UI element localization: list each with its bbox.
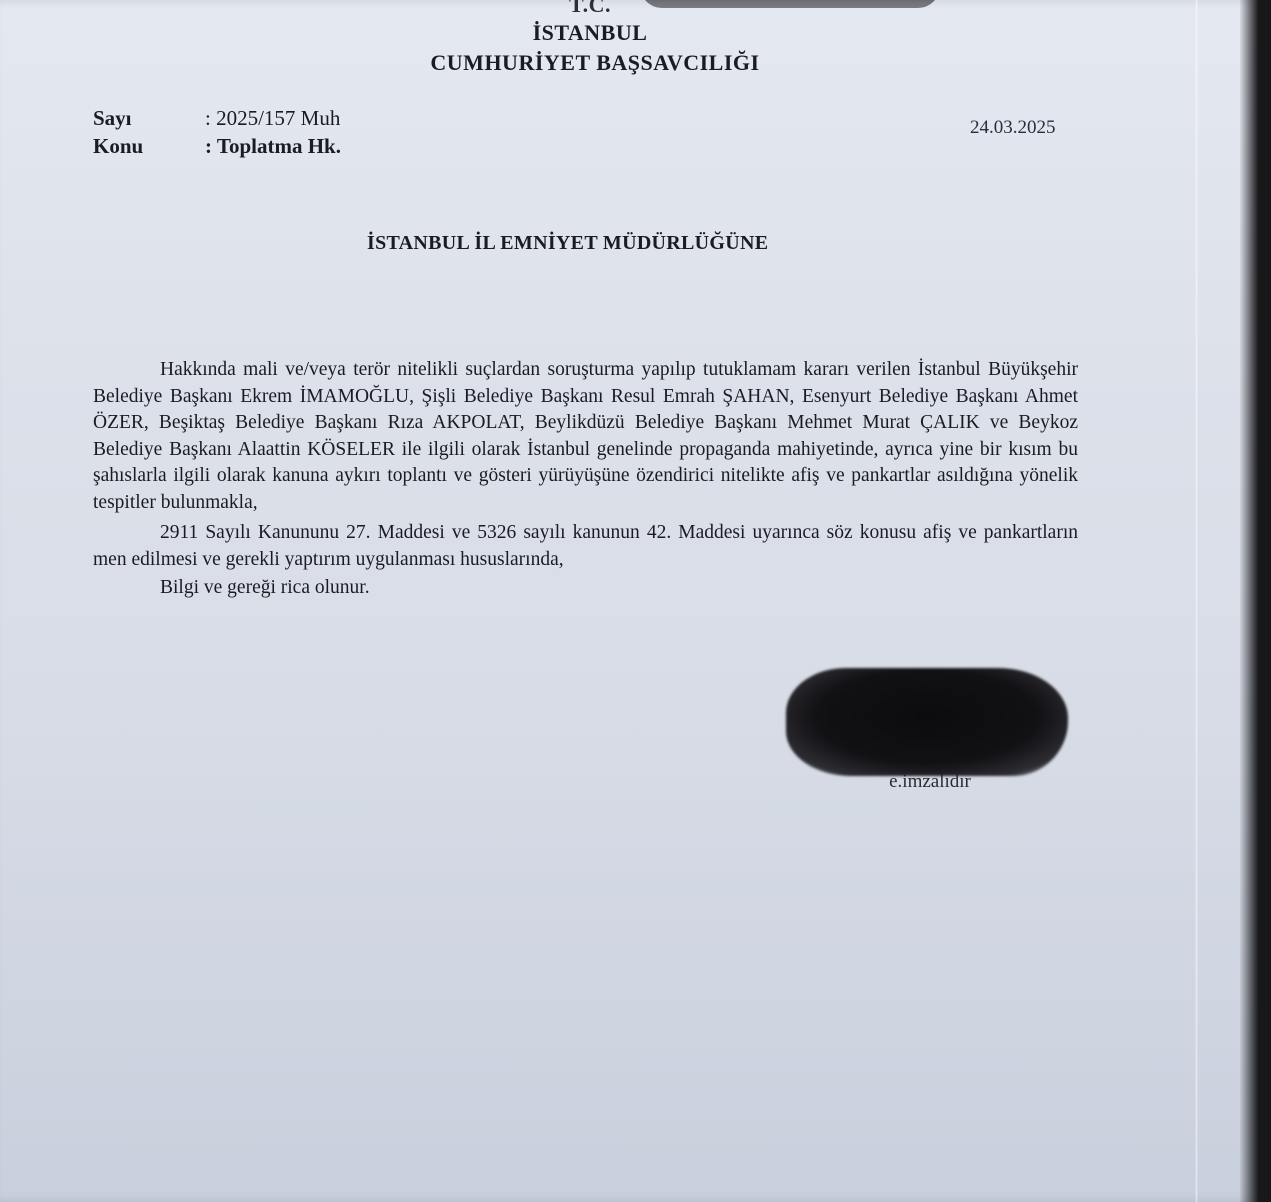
body-paragraph-2: 2911 Sayılı Kanununu 27. Maddesi ve 5326…	[93, 520, 1078, 573]
header-city: İSTANBUL	[0, 20, 1180, 46]
document-photo: T.C. İSTANBUL CUMHURİYET BAŞSAVCILIĞI Sa…	[0, 0, 1271, 1202]
letter-body: Hakkında mali ve/veya terör nitelikli su…	[93, 357, 1078, 602]
konu-value: : Toplatma Hk.	[205, 134, 341, 158]
header-tc: T.C.	[0, 0, 1180, 18]
header-office: CUMHURİYET BAŞSAVCILIĞI	[0, 50, 1190, 76]
document-date: 24.03.2025	[970, 117, 1056, 139]
paper-edge-shadow	[1240, 0, 1271, 1202]
sayi-label: Sayı	[93, 106, 205, 131]
addressee: İSTANBUL İL EMNİYET MÜDÜRLÜĞÜNE	[367, 232, 768, 255]
body-paragraph-1: Hakkında mali ve/veya terör nitelikli su…	[93, 357, 1078, 516]
konu-label: Konu	[93, 134, 205, 159]
sayi-value: : 2025/157 Muh	[205, 106, 340, 130]
ink-redaction	[786, 668, 1068, 776]
meta-sayi: Sayı: 2025/157 Muh	[93, 106, 340, 131]
meta-konu: Konu: Toplatma Hk.	[93, 134, 341, 159]
official-letter: T.C. İSTANBUL CUMHURİYET BAŞSAVCILIĞI Sa…	[0, 0, 1240, 1202]
body-paragraph-3: Bilgi ve gereği rica olunur.	[93, 575, 1078, 602]
